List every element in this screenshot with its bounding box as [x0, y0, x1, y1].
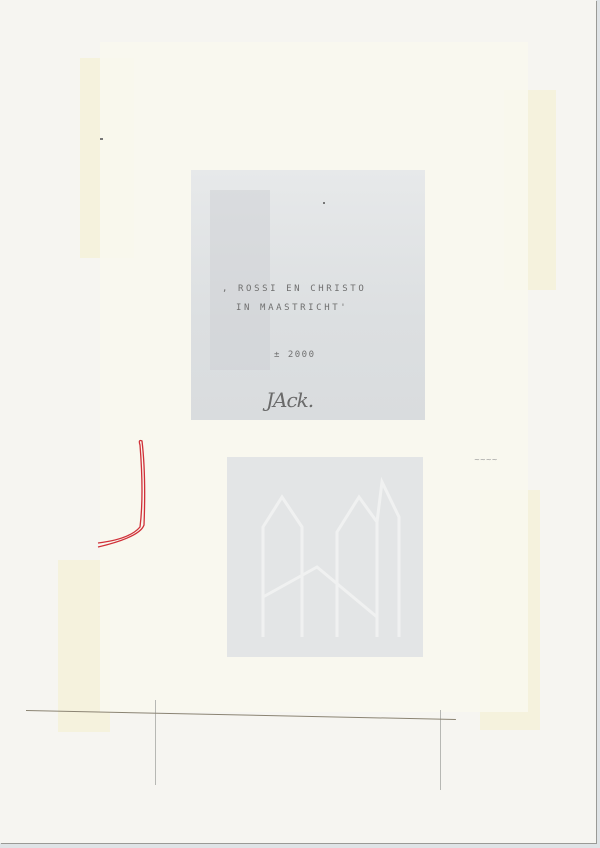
pencil-speck [323, 202, 325, 204]
faint-pencil-mark: ~~~~ [474, 456, 497, 464]
inscription-date: ± 2000 [274, 350, 316, 360]
mounting-sheet: , ROSSI EN CHRISTO IN MAASTRICHT' ± 2000… [0, 0, 596, 843]
ghost-church-drawing [227, 457, 423, 657]
inscription-title-line-2: IN MAASTRICHT' [236, 299, 348, 318]
red-pen-mark [90, 435, 160, 555]
artist-signature: JAck. [266, 388, 313, 412]
guide-line-right [440, 710, 441, 790]
inscription-title-line-1: , ROSSI EN CHRISTO [222, 280, 366, 299]
pencil-speck [100, 138, 103, 140]
